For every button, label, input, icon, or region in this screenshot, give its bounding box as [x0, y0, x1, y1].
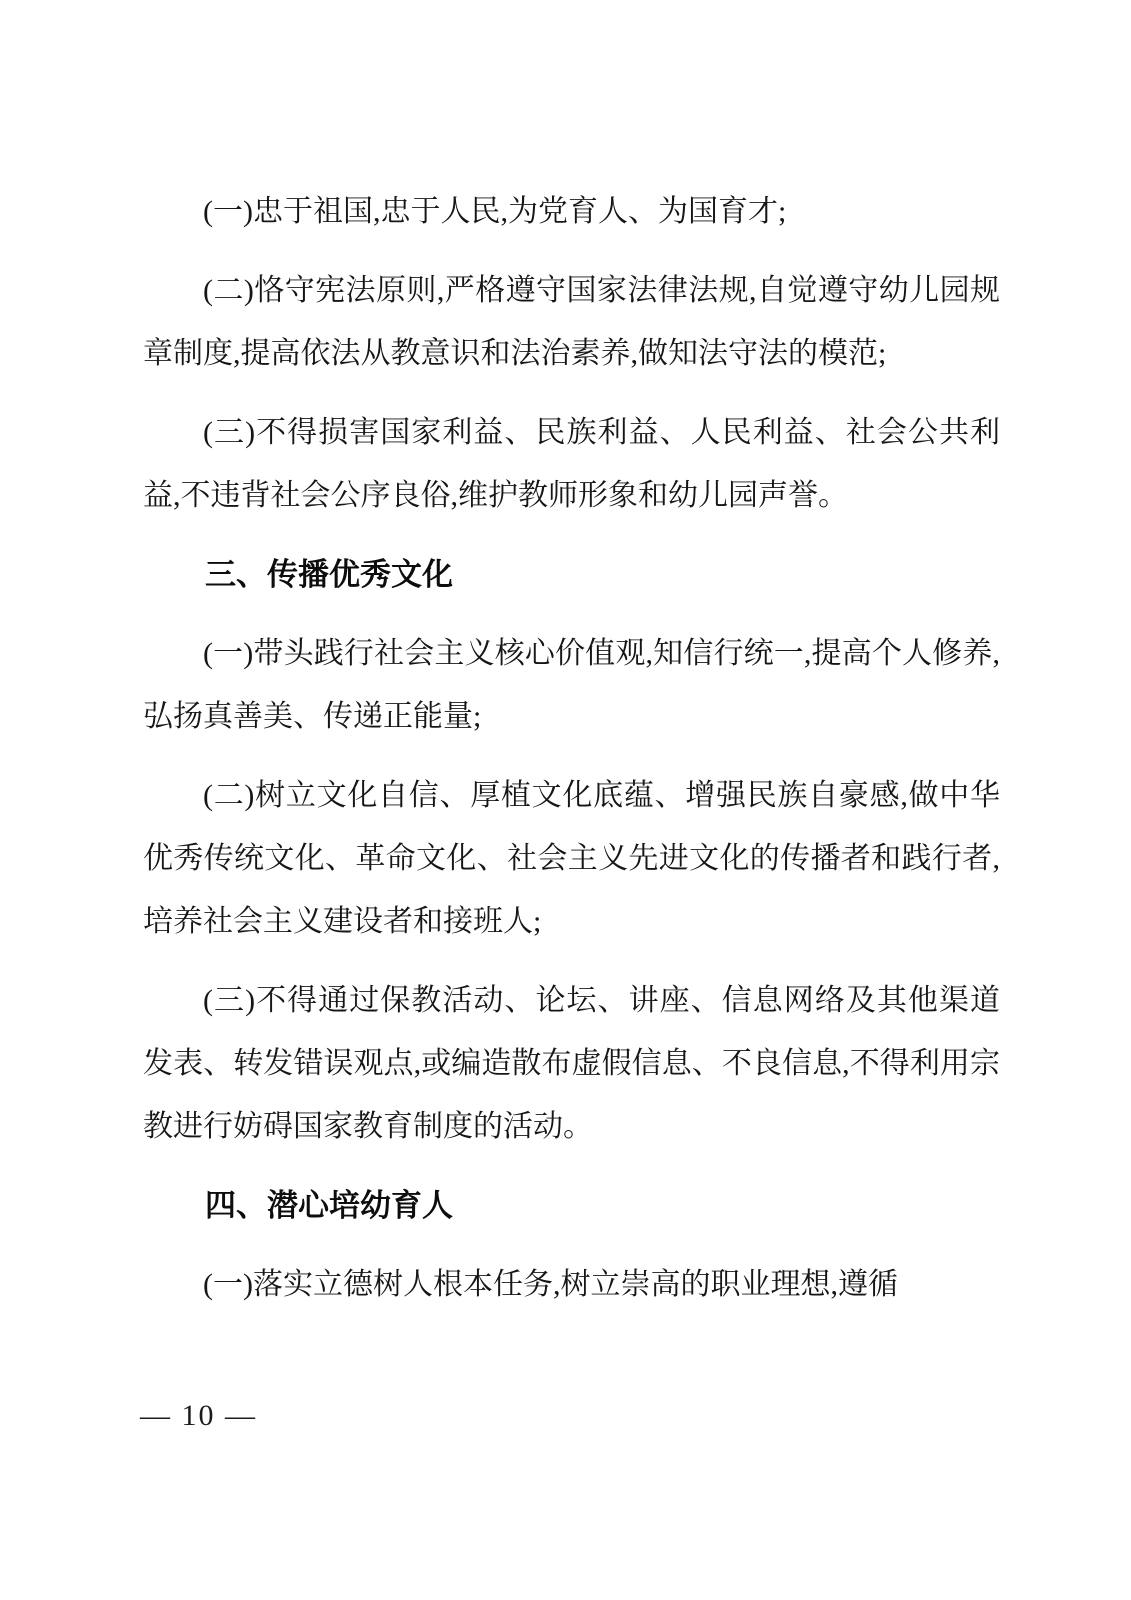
- body-paragraph: (三)不得损害国家利益、民族利益、人民利益、社会公共利益,不违背社会公序良俗,维…: [143, 401, 1000, 527]
- body-paragraph: (二)树立文化自信、厚植文化底蕴、增强民族自豪感,做中华优秀传统文化、革命文化、…: [143, 764, 1000, 953]
- body-paragraph: (一)落实立德树人根本任务,树立崇高的职业理想,遵循: [143, 1253, 1000, 1316]
- document-body: (一)忠于祖国,忠于人民,为党育人、为国育才; (二)恪守宪法原则,严格遵守国家…: [143, 180, 1000, 1332]
- page-number: — 10 —: [140, 1396, 257, 1436]
- body-paragraph: (一)带头践行社会主义核心价值观,知信行统一,提高个人修养,弘扬真善美、传递正能…: [143, 622, 1000, 748]
- body-paragraph: (二)恪守宪法原则,严格遵守国家法律法规,自觉遵守幼儿园规章制度,提高依法从教意…: [143, 259, 1000, 385]
- section-heading-4: 四、潜心培幼育人: [143, 1174, 1000, 1237]
- document-page: { "document": { "blocks": [ { "type": "p…: [0, 0, 1131, 1600]
- body-paragraph: (一)忠于祖国,忠于人民,为党育人、为国育才;: [143, 180, 1000, 243]
- section-heading-3: 三、传播优秀文化: [143, 543, 1000, 606]
- body-paragraph: (三)不得通过保教活动、论坛、讲座、信息网络及其他渠道发表、转发错误观点,或编造…: [143, 969, 1000, 1158]
- document-page-surface: (一)忠于祖国,忠于人民,为党育人、为国育才; (二)恪守宪法原则,严格遵守国家…: [0, 0, 1131, 1600]
